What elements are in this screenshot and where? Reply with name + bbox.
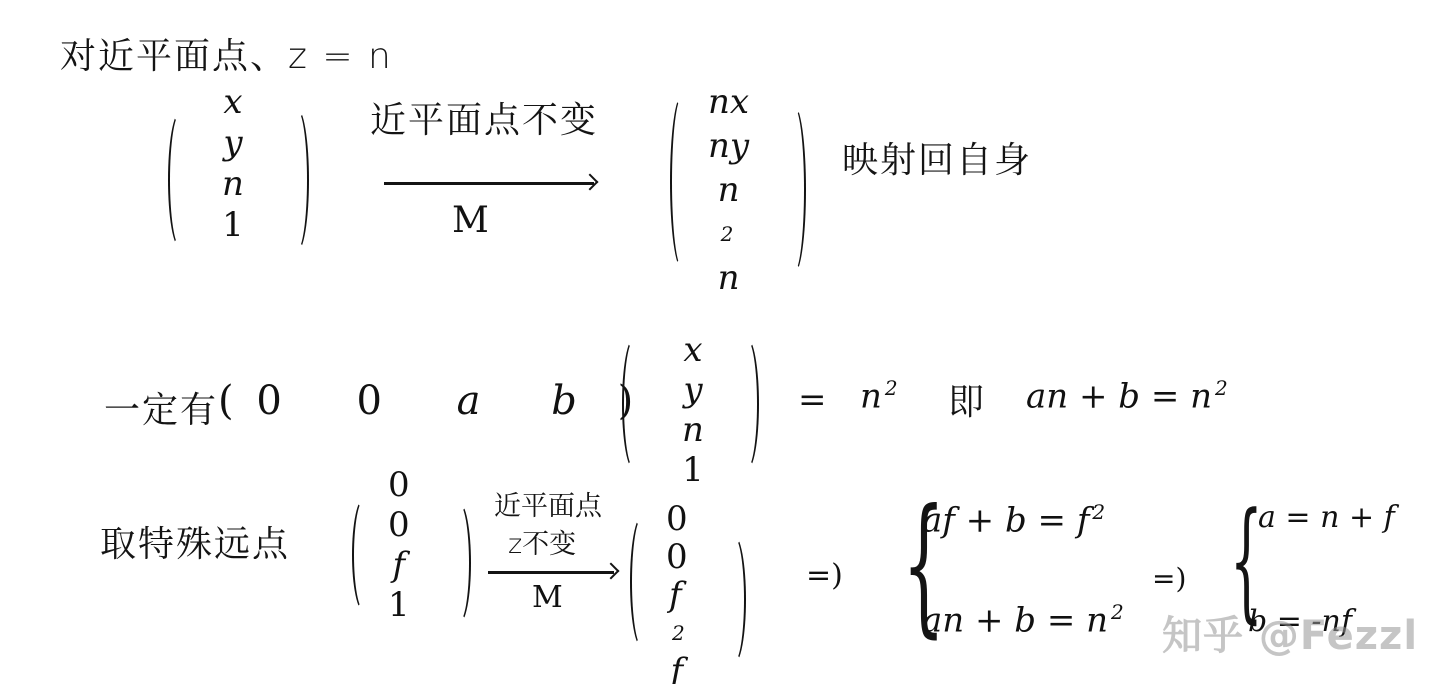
mapping-arrow [384, 182, 594, 185]
right-paren [735, 338, 759, 470]
arrow-head-icon [603, 563, 620, 580]
input-vector-far: 0 0 f 1 [388, 465, 410, 625]
row-vector: ( 0 0 a b ) [218, 378, 633, 424]
right-paren [782, 105, 806, 274]
ji-that-is: 即 [948, 374, 986, 425]
arrow-label-z-unchanged: z不变 [508, 522, 576, 561]
left-paren [622, 338, 646, 470]
solution-a: a = n + f [1258, 500, 1395, 535]
vector-entry: y [223, 123, 242, 164]
equals-sign: = [798, 380, 827, 420]
vector-entry: n [718, 256, 740, 300]
arrow-label-near-unchanged: 近平面点不变 [370, 92, 598, 143]
rhs-n-squared: n2 [860, 376, 898, 416]
equation-an-plus-b: an + b = n2 [1026, 376, 1228, 416]
implies-arrow: =) [806, 558, 843, 593]
system-eq-2: an + b = n2 [922, 600, 1124, 640]
output-vector-far: 0 0 f2 f [666, 500, 688, 684]
right-paren [447, 502, 471, 624]
vector-entry: n [222, 164, 244, 205]
prefix-special-far-point: 取特殊远点 [100, 516, 290, 567]
vector-entry: 1 [222, 205, 244, 246]
matrix-label-m: M [532, 580, 563, 615]
input-vector-near: x y n 1 [222, 82, 244, 246]
comment-maps-to-self: 映射回自身 [842, 132, 1032, 183]
column-vector-generic: x y n 1 [682, 330, 704, 490]
left-paren [352, 498, 376, 612]
vector-entry: x [223, 82, 242, 123]
left-paren [670, 95, 694, 269]
right-paren [285, 108, 309, 252]
left-paren [168, 112, 192, 248]
matrix-label-m: M [452, 200, 489, 241]
right-paren [722, 535, 746, 664]
left-paren [630, 516, 654, 648]
prefix-must-have: 一定有 [104, 382, 218, 433]
system-eq-1: af + b = f2 [922, 500, 1105, 540]
arrow-head-icon [582, 174, 599, 191]
zhihu-watermark: 知乎 @Fezzl [1162, 604, 1418, 661]
vector-entry: nx [708, 80, 749, 124]
implies-arrow: =) [1152, 562, 1186, 595]
vector-entry: n2 [718, 168, 740, 256]
output-vector-near: nx ny n2 n [708, 80, 749, 300]
vector-entry: ny [708, 124, 749, 168]
arrow-label-near-plane: 近平面点 [494, 484, 602, 523]
heading-near-plane: 对近平面点、z = n [60, 28, 393, 79]
mapping-arrow [488, 571, 614, 574]
